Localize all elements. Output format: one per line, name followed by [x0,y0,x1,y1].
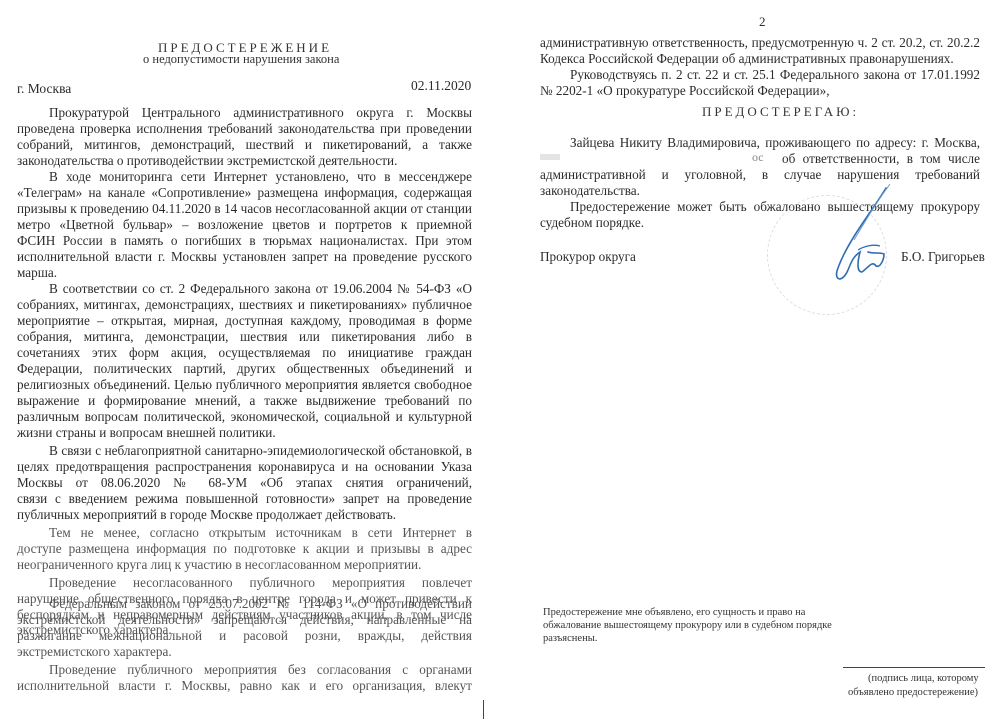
warning-heading: ПРЕДОСТЕРЕГАЮ: [702,104,859,120]
body-line: законодательства о противодействии экстр… [17,152,472,169]
page-number: 2 [759,14,766,30]
body-line: Тем не менее, согласно открытым источник… [49,524,472,541]
page-edge-line [483,700,484,719]
body-line: религиозных объединений. Целью публичног… [17,376,472,393]
document-page-2: 2 административную ответственность, пред… [500,0,1000,719]
body-line: доступе размещена информация по подготов… [17,540,472,557]
signature-line [843,667,985,668]
body-line: собраний, митингов, демонстраций, шестви… [17,136,472,153]
body-line: разжигание межнациональной и расовой роз… [17,627,472,644]
document-city: г. Москва [17,81,71,97]
body-line: Зайцева Никиту Владимировича, проживающе… [570,134,980,151]
body-line: Руководствуясь п. 2 ст. 22 и ст. 25.1 Фе… [570,66,980,83]
body-line: Предостережение может быть обжаловано вы… [570,198,980,215]
body-line: В соответствии со ст. 2 Федерального зак… [49,280,472,297]
acknowledgement-line: обжалование вышестоящему прокурору или в… [543,619,832,632]
redacted-address: ос [540,150,750,166]
signature-caption: (подпись лица, которому [868,672,979,685]
body-line: метро «Цветной бульвар» – возложение цве… [17,216,472,233]
body-line: Москвы от 08.06.2020 № 68-УМ «Об этапах … [17,474,472,491]
body-line: об ответственности, в том числе [782,150,980,167]
body-line: Федерации, политических партий, других о… [17,360,472,377]
body-line: экстремистской деятельности» запрещаются… [17,611,472,628]
body-line: административной и уголовной, в случае н… [540,166,980,183]
body-line: выражение и формирование мнений, а также… [17,392,472,409]
body-line: различным вопросам политической, экономи… [17,408,472,425]
signatory-name: Б.О. Григорьев [901,249,985,265]
document-page-1: ПРЕДОСТЕРЕЖЕНИЕ о недопустимости нарушен… [0,0,500,719]
body-line: административную ответственность, предус… [540,34,980,51]
body-line: связи с введением режима повышенной гото… [17,490,472,507]
body-line: № 2202-1 «О прокуратуре Российской Федер… [540,82,830,99]
signature-caption: объявлено предостережение) [848,686,978,699]
body-line: публичных мероприятий в городе Москве пр… [17,506,472,523]
body-line: марша. [17,264,472,281]
acknowledgement-line: разъяснены. [543,632,597,645]
body-line: судебном порядке. [540,214,644,231]
acknowledgement-line: Предостережение мне объявлено, его сущно… [543,606,805,619]
body-line: В ходе мониторинга сети Интернет установ… [49,168,472,185]
body-line: мероприятие – открытая, мирная, доступна… [17,312,472,329]
body-line: собраниях, митингах, демонстрациях, шест… [17,296,472,313]
body-line: Проведение несогласованного публичного м… [49,574,472,591]
body-line: сочетаниях этих форм акция, осуществляем… [17,344,472,361]
body-line: Кодекса Российской Федерации об админист… [540,50,954,67]
body-line: целях предотвращения распространения кор… [17,458,472,475]
body-line: Прокуратурой Центрального административн… [49,104,472,121]
body-line: ФСИН России в память о погибших в тюрьма… [17,232,472,249]
document-subtitle: о недопустимости нарушения закона [143,52,339,67]
body-line: Федеральным законом от 25.07.2002 № 114-… [49,595,472,612]
body-line: призывы к проведению 04.11.2020 в 14 час… [17,200,472,217]
body-line: «Телеграм» на канале «Сопротивление» раз… [17,184,472,201]
body-line: В связи с неблагоприятной санитарно-эпид… [49,442,472,459]
body-line: проведена проверка исполнения требований… [17,120,472,137]
body-line: экстремистского характера. [17,643,472,660]
body-line: законодательства. [540,182,640,199]
signatory-title: Прокурор округа [540,249,636,265]
document-date: 02.11.2020 [411,78,471,94]
body-line: Проведение публичного мероприятия без со… [49,661,472,678]
body-line: неограниченного круга лиц к участию в не… [17,556,472,573]
body-line: исполнительной власти г. Москвы установл… [17,248,472,265]
body-line: жизни страны и вопросам внешней политики… [17,424,472,441]
signature-icon [818,180,908,290]
body-line: исполнительной власти г. Москвы, равно к… [17,677,472,694]
body-line: собрания, митинга, демонстрации, шествия… [17,328,472,345]
